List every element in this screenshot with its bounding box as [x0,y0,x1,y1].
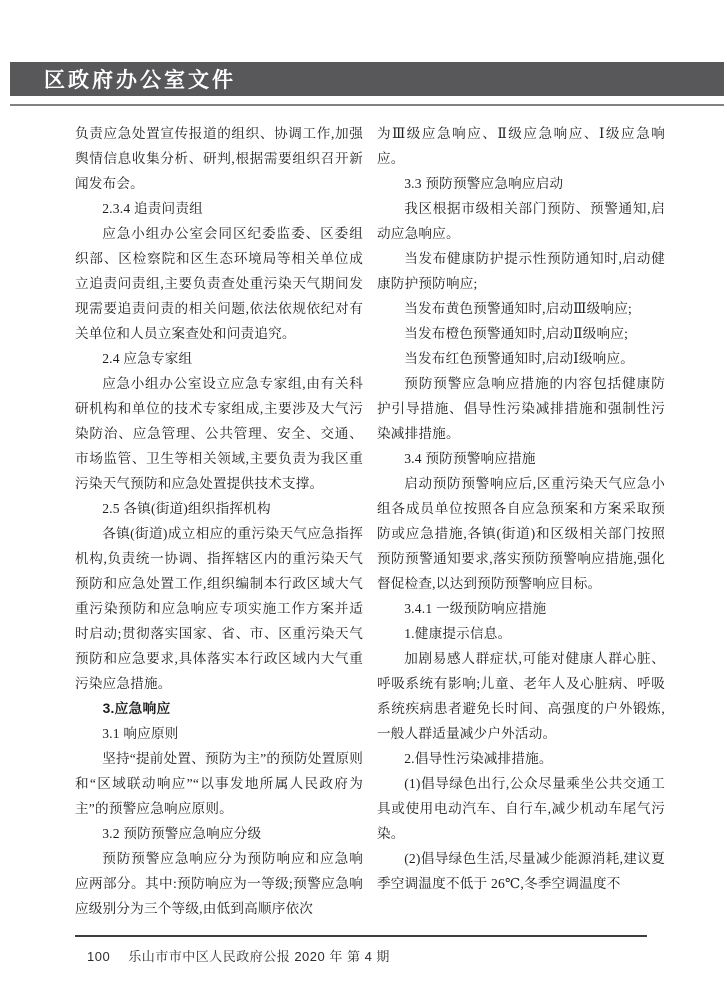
publication-title: 乐山市市中区人民政府公报 2020 年 第 4 期 [128,946,390,965]
section-heading: 3.3 预防预警应急响应启动 [377,171,665,196]
section-heading: 2.5 各镇(街道)组织指挥机构 [75,496,363,521]
document-header-bar: 区政府办公室文件 [10,62,724,96]
page-title: 区政府办公室文件 [10,64,236,94]
section-heading: 3.1 响应原则 [75,721,363,746]
paragraph: 为Ⅲ级应急响应、Ⅱ级应急响应、Ⅰ级应急响应。 [377,121,665,171]
paragraph: 应急小组办公室设立应急专家组,由有关科研机构和单位的技术专家组成,主要涉及大气污… [75,371,363,496]
paragraph: 启动预防预警响应后,区重污染天气应急小组各成员单位按照各自应急预案和方案采取预防… [377,471,665,596]
paragraph: 坚持“提前处置、预防为主”的预防处置原则和“区域联动响应”“以事发地所属人民政府… [75,746,363,821]
paragraph: 预防预警应急响应措施的内容包括健康防护引导措施、倡导性污染减排措施和强制性污染减… [377,371,665,446]
section-heading: 2.3.4 追责问责组 [75,196,363,221]
paragraph: (1)倡导绿色出行,公众尽量乘坐公共交通工具或使用电动汽车、自行车,减少机动车尾… [377,771,665,846]
paragraph: 当发布黄色预警通知时,启动Ⅲ级响应; [377,296,665,321]
paragraph: 应急小组办公室会同区纪委监委、区委组织部、区检察院和区生态环境局等相关单位成立追… [75,221,363,346]
paragraph: 当发布健康防护提示性预防通知时,启动健康防护预防响应; [377,246,665,296]
section-heading: 2.4 应急专家组 [75,346,363,371]
paragraph: 各镇(街道)成立相应的重污染天气应急指挥机构,负责统一协调、指挥辖区内的重污染天… [75,521,363,696]
column-left: 负责应急处置宣传报道的组织、协调工作,加强舆情信息收集分析、研判,根据需要组织召… [75,121,363,921]
paragraph: 当发布橙色预警通知时,启动Ⅱ级响应; [377,321,665,346]
header-divider [10,104,724,106]
paragraph: 我区根据市级相关部门预防、预警通知,启动应急响应。 [377,196,665,246]
paragraph: 当发布红色预警通知时,启动Ⅰ级响应。 [377,346,665,371]
paragraph: (2)倡导绿色生活,尽量减少能源消耗,建议夏季空调温度不低于 26℃,冬季空调温… [377,846,665,896]
section-heading: 3.应急响应 [75,696,363,721]
section-heading: 3.4.1 一级预防响应措施 [377,596,665,621]
section-heading: 3.2 预防预警应急响应分级 [75,821,363,846]
page-number: 100 [87,949,110,964]
column-right: 为Ⅲ级应急响应、Ⅱ级应急响应、Ⅰ级应急响应。3.3 预防预警应急响应启动我区根据… [377,121,665,921]
paragraph: 负责应急处置宣传报道的组织、协调工作,加强舆情信息收集分析、研判,根据需要组织召… [75,121,363,196]
paragraph: 1.健康提示信息。 [377,621,665,646]
document-body: 负责应急处置宣传报道的组织、协调工作,加强舆情信息收集分析、研判,根据需要组织召… [75,121,665,921]
paragraph: 2.倡导性污染减排措施。 [377,746,665,771]
paragraph: 加剧易感人群症状,可能对健康人群心脏、呼吸系统有影响;儿童、老年人及心脏病、呼吸… [377,646,665,746]
paragraph: 预防预警应急响应分为预防响应和应急响应两部分。其中:预防响应为一等级;预警应急响… [75,846,363,921]
page-footer: 100 乐山市市中区人民政府公报 2020 年 第 4 期 [87,946,390,965]
section-heading: 3.4 预防预警响应措施 [377,446,665,471]
footer-divider [75,935,647,937]
